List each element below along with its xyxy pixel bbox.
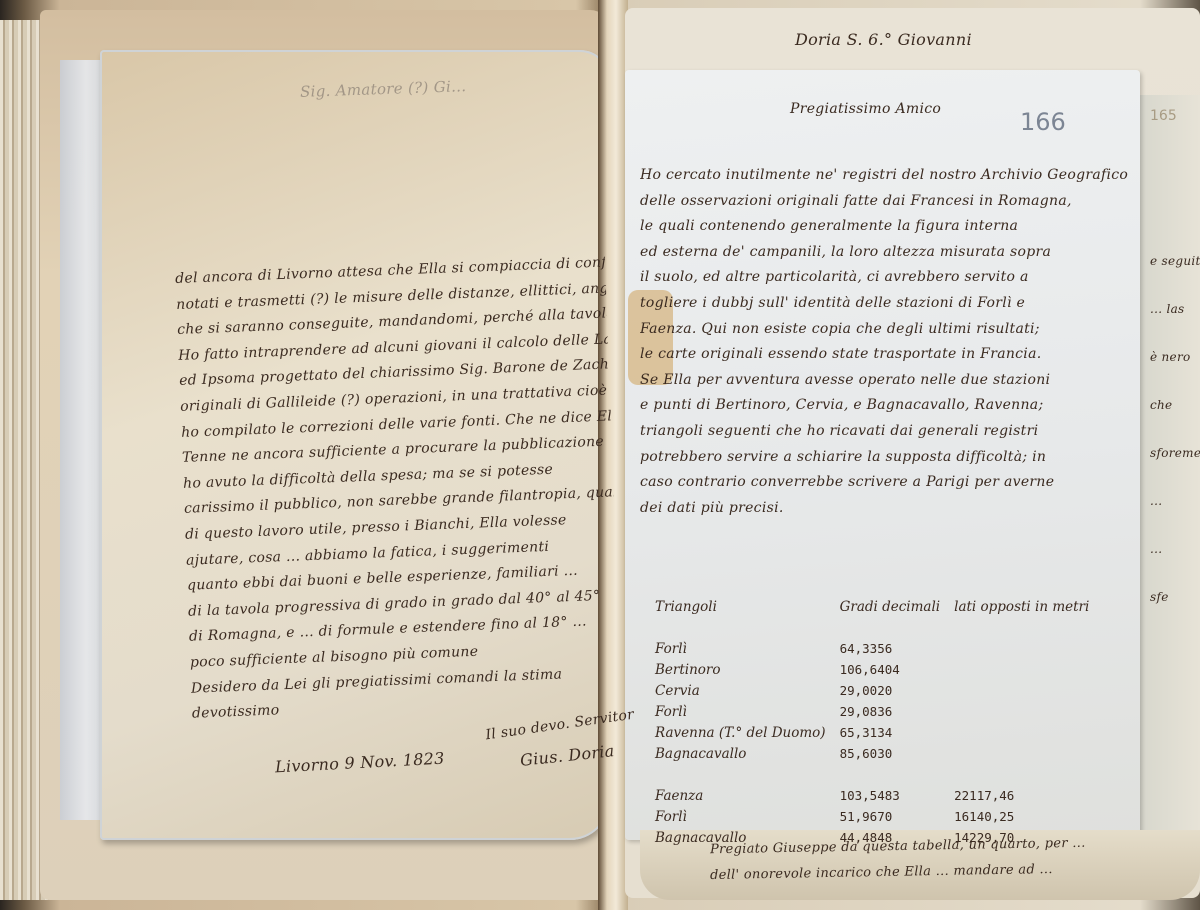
right-margin-fragments: e seguito ... las è nero che sforeme ...… bbox=[1150, 255, 1200, 639]
station-name: Cervia bbox=[655, 680, 840, 701]
right-line: le carte originali essendo state traspor… bbox=[640, 347, 1130, 373]
table-row: Ravenna (T.° del Duomo)65,3134 bbox=[655, 722, 1103, 743]
right-line: triangoli seguenti che ho ricavati dai g… bbox=[640, 424, 1130, 450]
header-triangles: Triangoli bbox=[655, 596, 840, 617]
header-degrees: Gradi decimali bbox=[840, 596, 955, 617]
right-line: Faenza. Qui non esiste copia che degli u… bbox=[640, 322, 1130, 348]
right-line: delle osservazioni originali fatte dai F… bbox=[640, 194, 1130, 220]
right-line: Ho cercato inutilmente ne' registri del … bbox=[640, 168, 1130, 194]
margin-fragment: e seguito bbox=[1150, 255, 1200, 303]
angle-value: 29,0020 bbox=[840, 680, 955, 701]
angle-value: 51,9670 bbox=[840, 806, 955, 827]
station-name: Forlì bbox=[655, 701, 840, 722]
table-row: Bagnacavallo85,6030 bbox=[655, 743, 1103, 764]
table-header-row: Triangoli Gradi decimali lati opposti in… bbox=[655, 596, 1103, 617]
station-name: Faenza bbox=[655, 785, 840, 806]
table-row: Forlì29,0836 bbox=[655, 701, 1103, 722]
docket-heading: Doria S. 6.° Giovanni bbox=[795, 32, 972, 48]
back-folio-number: 165 bbox=[1150, 108, 1177, 124]
header-sides: lati opposti in metri bbox=[954, 596, 1103, 617]
station-name: Forlì bbox=[655, 638, 840, 659]
margin-fragment: ... las bbox=[1150, 303, 1200, 351]
margin-fragment: ... bbox=[1150, 495, 1200, 543]
side-value bbox=[954, 701, 1103, 722]
right-line: caso contrario converrebbe scrivere a Pa… bbox=[640, 475, 1130, 501]
left-letter-body: del ancora di Livorno attesa che Ella si… bbox=[175, 255, 622, 732]
station-name: Forlì bbox=[655, 806, 840, 827]
margin-fragment: è nero bbox=[1150, 351, 1200, 399]
right-line: e punti di Bertinoro, Cervia, e Bagnacav… bbox=[640, 398, 1130, 424]
side-value bbox=[954, 638, 1103, 659]
angle-value: 106,6404 bbox=[840, 659, 955, 680]
station-name: Ravenna (T.° del Duomo) bbox=[655, 722, 840, 743]
margin-fragment: sfe bbox=[1150, 591, 1200, 639]
angle-value: 29,0836 bbox=[840, 701, 955, 722]
triangles-table: Triangoli Gradi decimali lati opposti in… bbox=[655, 596, 1103, 848]
table-row: Forlì64,3356 bbox=[655, 638, 1103, 659]
right-line: dei dati più precisi. bbox=[640, 501, 1130, 527]
side-value bbox=[954, 722, 1103, 743]
right-line: togliere i dubbj sull' identità delle st… bbox=[640, 296, 1130, 322]
right-line: potrebbero servire a schiarire la suppos… bbox=[640, 450, 1130, 476]
margin-fragment: che bbox=[1150, 399, 1200, 447]
side-value: 22117,46 bbox=[954, 785, 1103, 806]
right-line: le quali contenendo generalmente la figu… bbox=[640, 219, 1130, 245]
folio-number: 166 bbox=[1020, 108, 1066, 136]
table-row: Bertinoro106,6404 bbox=[655, 659, 1103, 680]
right-line: ed esterna de' campanili, la loro altezz… bbox=[640, 245, 1130, 271]
angle-value: 65,3134 bbox=[840, 722, 955, 743]
right-line: Se Ella per avventura avesse operato nel… bbox=[640, 373, 1130, 399]
salutation: Pregiatissimo Amico bbox=[790, 102, 941, 116]
table-row: Cervia29,0020 bbox=[655, 680, 1103, 701]
table-row: Forlì51,967016140,25 bbox=[655, 806, 1103, 827]
side-value bbox=[954, 743, 1103, 764]
table-row: Faenza103,548322117,46 bbox=[655, 785, 1103, 806]
side-value bbox=[954, 680, 1103, 701]
angle-value: 85,6030 bbox=[840, 743, 955, 764]
right-letter-body: Ho cercato inutilmente ne' registri del … bbox=[640, 168, 1130, 526]
side-value: 16140,25 bbox=[954, 806, 1103, 827]
right-line: il suolo, ed altre particolarità, ci avr… bbox=[640, 270, 1130, 296]
margin-fragment: sforeme bbox=[1150, 447, 1200, 495]
angle-value: 64,3356 bbox=[840, 638, 955, 659]
angle-value: 103,5483 bbox=[840, 785, 955, 806]
station-name: Bagnacavallo bbox=[655, 743, 840, 764]
margin-fragment: ... bbox=[1150, 543, 1200, 591]
side-value bbox=[954, 659, 1103, 680]
station-name: Bertinoro bbox=[655, 659, 840, 680]
